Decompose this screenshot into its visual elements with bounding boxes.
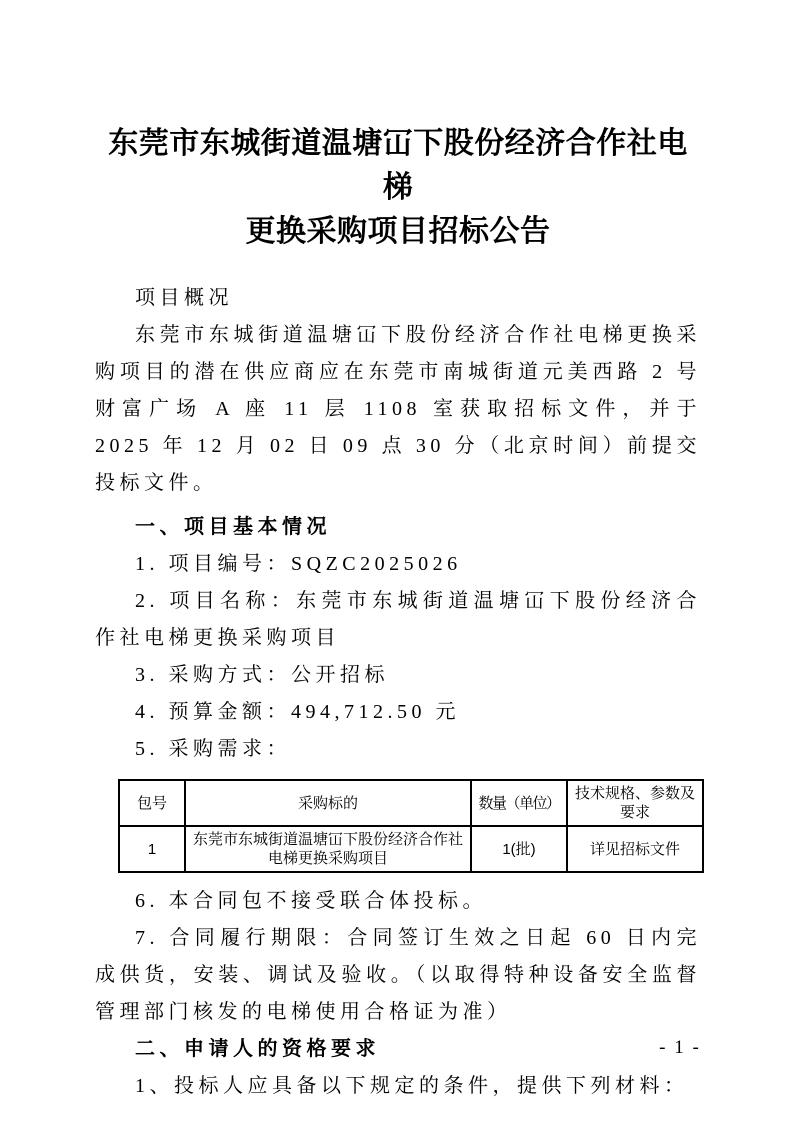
section-heading-basic-info: 一、项目基本情况 — [95, 509, 701, 546]
item-bidder-conditions: 1、投标人应具备以下规定的条件，提供下列材料： — [95, 1068, 701, 1105]
column-header-quantity-unit: 数量（单位） — [471, 780, 567, 826]
document-content: 东莞市东城街道温塘冚下股份经济合作社电梯 更换采购项目招标公告 项目概况 东莞市… — [95, 0, 701, 1105]
procurement-table: 包号 采购标的 数量（单位） 技术规格、参数及要求 1 东莞市东城街道温塘冚下股… — [118, 779, 704, 873]
cell-procurement-subject: 东莞市东城街道温塘冚下股份经济合作社电梯更换采购项目 — [185, 826, 471, 872]
column-header-procurement-subject: 采购标的 — [185, 780, 471, 826]
table-header-row: 包号 采购标的 数量（单位） 技术规格、参数及要求 — [119, 780, 703, 826]
document-page: 东莞市东城街道温塘冚下股份经济合作社电梯 更换采购项目招标公告 项目概况 东莞市… — [0, 0, 793, 1122]
overview-heading: 项目概况 — [95, 280, 701, 317]
page-title: 东莞市东城街道温塘冚下股份经济合作社电梯 更换采购项目招标公告 — [95, 122, 701, 254]
overview-paragraph: 东莞市东城街道温塘冚下股份经济合作社电梯更换采购项目的潜在供应商应在东莞市南城街… — [95, 317, 701, 502]
column-header-package-no: 包号 — [119, 780, 185, 826]
item-procurement-method: 3. 采购方式：公开招标 — [95, 657, 701, 694]
cell-tech-specs: 详见招标文件 — [567, 826, 703, 872]
item-contract-period: 7. 合同履行期限：合同签订生效之日起 60 日内完成供货，安装、调试及验收。（… — [95, 920, 701, 1031]
page-title-line-1: 东莞市东城街道温塘冚下股份经济合作社电梯 — [95, 122, 701, 210]
page-title-line-2: 更换采购项目招标公告 — [95, 210, 701, 254]
cell-quantity-unit: 1(批) — [471, 826, 567, 872]
item-project-name: 2. 项目名称：东莞市东城街道温塘冚下股份经济合作社电梯更换采购项目 — [95, 583, 701, 657]
cell-package-no: 1 — [119, 826, 185, 872]
section-heading-qualification: 二、申请人的资格要求 — [95, 1031, 701, 1068]
item-project-number: 1. 项目编号：SQZC2025026 — [95, 546, 701, 583]
column-header-tech-specs: 技术规格、参数及要求 — [567, 780, 703, 826]
table-row: 1 东莞市东城街道温塘冚下股份经济合作社电梯更换采购项目 1(批) 详见招标文件 — [119, 826, 703, 872]
item-no-consortium: 6. 本合同包不接受联合体投标。 — [95, 883, 701, 920]
page-number: - 1 - — [650, 1037, 710, 1059]
item-budget-amount: 4. 预算金额：494,712.50 元 — [95, 694, 701, 731]
item-procurement-requirements: 5. 采购需求： — [95, 731, 701, 768]
